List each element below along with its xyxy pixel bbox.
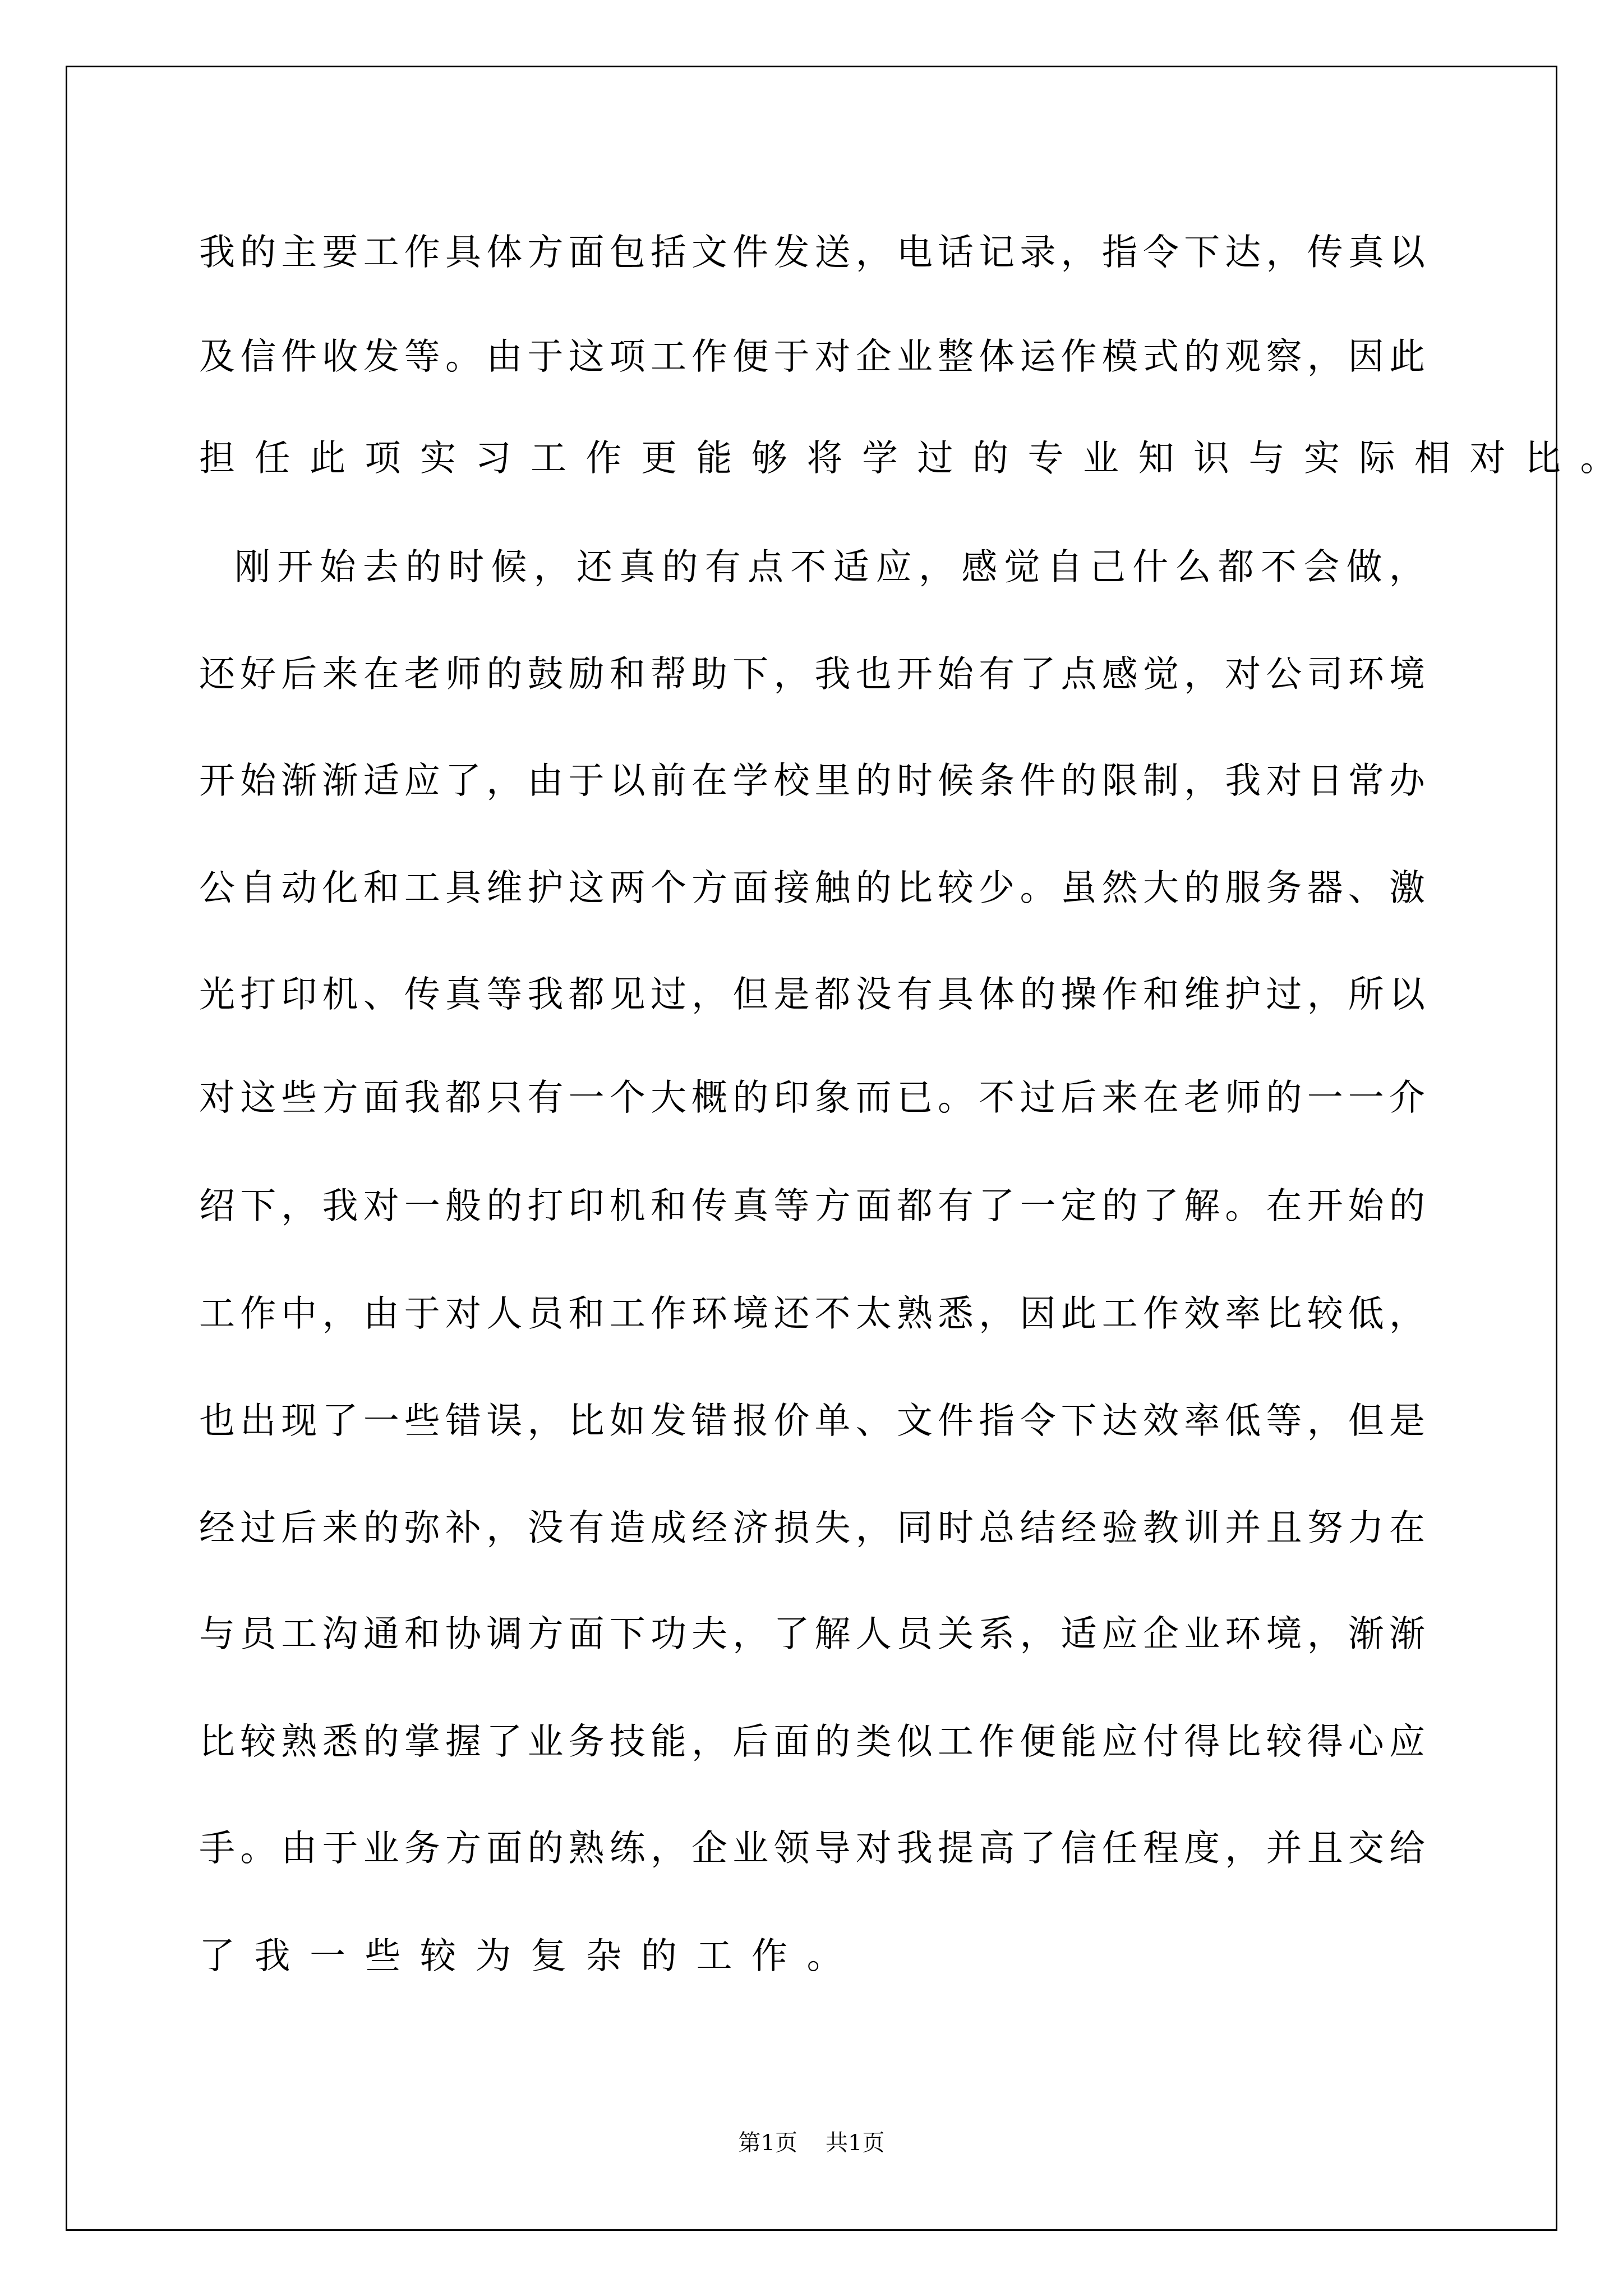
text-line: 比较熟悉的掌握了业务技能，后面的类似工作便能应付得比较得心应 — [199, 1717, 1425, 1767]
text-line: 公自动化和工具维护这两个方面接触的比较少。虽然大的服务器、激 — [199, 863, 1425, 913]
total-pages-label: 共1页 — [826, 2126, 884, 2160]
text-line: 工作中，由于对人员和工作环境还不太熟悉，因此工作效率比较低， — [199, 1289, 1425, 1339]
text-line: 及信件收发等。由于这项工作便于对企业整体运作模式的观察，因此 — [199, 332, 1425, 382]
page-border — [66, 66, 1557, 2231]
text-line: 开始渐渐适应了，由于以前在学校里的时候条件的限制，我对日常办 — [199, 756, 1425, 806]
current-page-label: 第1页 — [739, 2126, 797, 2160]
text-line: 我的主要工作具体方面包括文件发送，电话记录，指令下达，传真以 — [199, 227, 1425, 278]
text-line: 也出现了一些错误，比如发错报价单、文件指令下达效率低等，但是 — [199, 1396, 1425, 1446]
text-line: 与员工沟通和协调方面下功夫，了解人员关系，适应企业环境，渐渐 — [199, 1609, 1425, 1659]
text-line: 刚开始去的时候，还真的有点不适应，感觉自己什么都不会做， — [234, 542, 1425, 592]
text-line: 还好后来在老师的鼓励和帮助下，我也开始有了点感觉，对公司环境 — [199, 649, 1425, 700]
text-line: 了我一些较为复杂的工作。 — [199, 1931, 1425, 1981]
text-line: 经过后来的弥补，没有造成经济损失，同时总结经验教训并且努力在 — [199, 1503, 1425, 1553]
text-line: 担任此项实习工作更能够将学过的专业知识与实际相对比。 — [199, 433, 1425, 484]
text-line: 光打印机、传真等我都见过，但是都没有具体的操作和维护过，所以 — [199, 969, 1425, 1020]
text-line: 对这些方面我都只有一个大概的印象而已。不过后来在老师的一一介 — [199, 1073, 1425, 1123]
text-line: 绍下，我对一般的打印机和传真等方面都有了一定的了解。在开始的 — [199, 1181, 1425, 1231]
text-line: 手。由于业务方面的熟练，企业领导对我提高了信任程度，并且交给 — [199, 1823, 1425, 1874]
page-footer: 第1页共1页 — [0, 2126, 1623, 2160]
